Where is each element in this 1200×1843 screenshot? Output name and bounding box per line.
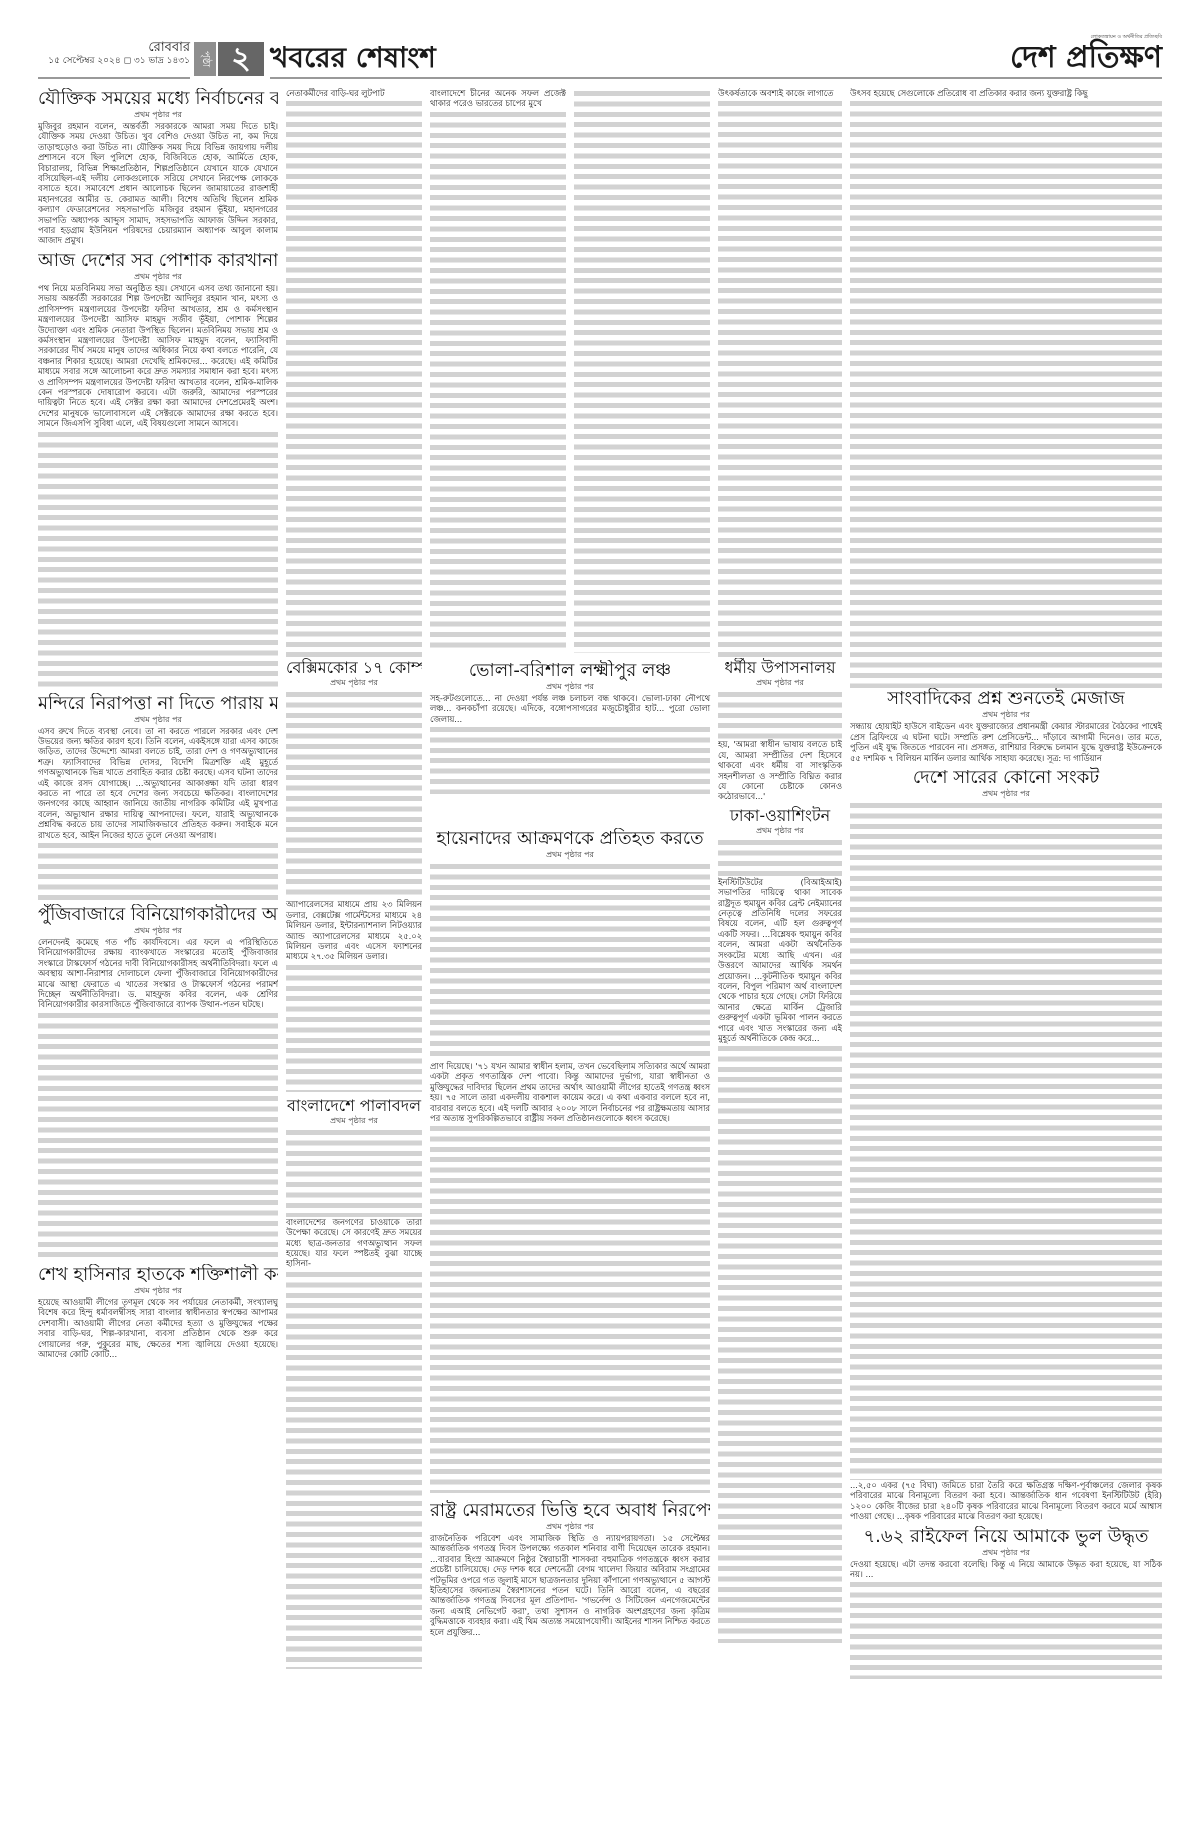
column-4 [574, 88, 710, 653]
story-body: মুজিবুর রহমান বলেন, অন্তর্বর্তী সরকারকে … [38, 121, 278, 246]
masthead: রোববার ১৫ সেপ্টেম্বর ২০২৪ ◻ ৩১ ভাদ্র ১৪৩… [38, 40, 1162, 70]
story-body: ...২,৫০ একর (৭৫ বিঘা) জমিতে চারা তৈরি কর… [850, 1480, 1162, 1522]
headline: ভোলা-বরিশাল লক্ষ্মীপুর লঞ্চ [430, 660, 710, 682]
story-body: প্রাণ দিয়েছে। '৭১ যখন আমার স্বাধীন হলাম… [430, 1061, 710, 1123]
column-fragment: বাংলাদেশে চীনের অনেক সফল প্রজেক্ট থাকার … [430, 88, 566, 109]
headline: বাংলাদেশে পালাবদল [286, 1096, 422, 1116]
story-body: অ্যাপারেলসের মাধ্যমে প্রায় ২৩ মিলিয়ন ড… [286, 899, 422, 961]
story-stock-market[interactable]: পুঁজিবাজারে বিনিয়োগকারীদের আস্থা প্রথম … [38, 904, 278, 1260]
story-garment-factories[interactable]: আজ দেশের সব পোশাক কারখানা খোলা প্রথম পৃষ… [38, 250, 278, 689]
jump-line: প্রথম পৃষ্ঠার পর [430, 1522, 710, 1532]
date-block: রোববার ১৫ সেপ্টেম্বর ২০২৪ ◻ ৩১ ভাদ্র ১৪৩… [38, 40, 190, 68]
headline: বেক্সিমকোর ১৭ কোম্পানির [286, 658, 422, 678]
jump-line: প্রথম পৃষ্ঠার পর [286, 1116, 422, 1126]
newspaper-logo: লোকতন্ত্রায়ন ও অর্থনীতির প্রতিচ্ছবি দেশ… [1010, 34, 1162, 74]
jump-line: প্রথম পৃষ্ঠার পর [718, 826, 842, 836]
text-continuation [718, 98, 842, 658]
story-body: হয়েছে আওয়ামী লীগের তৃণমূল থেকে সব পর্য… [38, 1297, 278, 1359]
headline: পুঁজিবাজারে বিনিয়োগকারীদের আস্থা [38, 904, 278, 926]
text-continuation [430, 1123, 710, 1493]
jump-line: প্রথম পৃষ্ঠার পর [38, 926, 278, 936]
jump-line: প্রথম পৃষ্ঠার পর [430, 682, 710, 692]
headline: শেখ হাসিনার হাতকে শক্তিশালী করতে [38, 1264, 278, 1286]
headline: রাষ্ট্র মেরামতের ভিত্তি হবে অবাধ নিরপেক্… [430, 1500, 710, 1522]
story-shrine-security[interactable]: মন্দিরে নিরাপত্তা না দিতে পারায় মাজারে … [38, 693, 278, 900]
story-election[interactable]: যৌক্তিক সময়ের মধ্যে নির্বাচনের ব্যবস্থা… [38, 88, 278, 246]
story-journalist-question[interactable]: সাংবাদিকের প্রশ্ন শুনতেই মেজাজ প্রথম পৃষ… [850, 688, 1162, 763]
issue-date: ১৫ সেপ্টেম্বর ২০২৪ ◻ ৩১ ভাদ্র ১৪৩১ [38, 55, 190, 68]
column-fragment: উৎসব হয়েছে সেগুলোকে প্রতিরোধ বা প্রতিকা… [850, 88, 1162, 98]
jump-line: প্রথম পৃষ্ঠার পর [38, 715, 278, 725]
jump-line: প্রথম পৃষ্ঠার পর [850, 1548, 1162, 1558]
page-label: পৃষ্ঠা [194, 42, 216, 76]
headline: যৌক্তিক সময়ের মধ্যে নির্বাচনের ব্যবস্থা [38, 88, 278, 110]
text-continuation [574, 88, 710, 653]
jump-line: প্রথম পৃষ্ঠার পর [38, 272, 278, 282]
text-continuation [718, 1043, 842, 1643]
column-5: উৎকর্ষতাকে অবশ্যই কাজে লাগাতে ধর্মীয় উপ… [718, 88, 842, 1833]
story-religious-places[interactable]: ধর্মীয় উপাসনালয় প্রথম পৃষ্ঠার পর হয়, … [718, 658, 842, 801]
story-fertilizer[interactable]: দেশে সারের কোনো সংকট প্রথম পৃষ্ঠার পর ..… [850, 767, 1162, 1522]
column-6: উৎসব হয়েছে সেগুলোকে প্রতিরোধ বা প্রতিকা… [850, 88, 1162, 1833]
headline: আজ দেশের সব পোশাক কারখানা খোলা [38, 250, 278, 272]
story-state-repair[interactable]: রাষ্ট্র মেরামতের ভিত্তি হবে অবাধ নিরপেক্… [430, 1500, 710, 1637]
headline: ঢাকা-ওয়াশিংটন [718, 806, 842, 826]
jump-line: প্রথম পৃষ্ঠার পর [430, 850, 710, 860]
text-continuation [430, 861, 710, 1061]
headline: দেশে সারের কোনো সংকট [850, 767, 1162, 789]
story-body: সন্ধ্যায় হোয়াইট হাউসে বাইডেন এবং যুক্ত… [850, 721, 1162, 763]
column-2: নেতাকর্মীদের বাড়ি-ঘর লুটপাট বেক্সিমকোর … [286, 88, 422, 1833]
text-continuation [38, 1010, 278, 1260]
story-sheikh-hasina[interactable]: শেখ হাসিনার হাতকে শক্তিশালী করতে প্রথম প… [38, 1264, 278, 1359]
story-body: রাজনৈতিক পরিবেশ এবং সামাজিক স্থিতি ও ন্য… [430, 1533, 710, 1637]
text-continuation [38, 840, 278, 900]
column-1: যৌক্তিক সময়ের মধ্যে নির্বাচনের ব্যবস্থা… [38, 88, 278, 1833]
story-body: এসব রুখে দিতে ব্যবস্থা নেবে। তা না করতে … [38, 726, 278, 840]
headline: সাংবাদিকের প্রশ্ন শুনতেই মেজাজ [850, 688, 1162, 710]
jump-line: প্রথম পৃষ্ঠার পর [718, 678, 842, 688]
text-continuation [430, 109, 566, 653]
story-dhaka-washington[interactable]: ঢাকা-ওয়াশিংটন প্রথম পৃষ্ঠার পর ইনস্টিটি… [718, 806, 842, 1644]
header-rule-left [38, 77, 190, 79]
text-continuation [286, 98, 422, 658]
story-rifle-quote[interactable]: ৭.৬২ রাইফেল নিয়ে আমাকে ভুল উদ্ধৃত প্রথম… [850, 1526, 1162, 1680]
jump-line: প্রথম পৃষ্ঠার পর [38, 110, 278, 120]
page-content: যৌক্তিক সময়ের মধ্যে নির্বাচনের ব্যবস্থা… [38, 88, 1162, 1833]
section-title: খবরের শেষাংশ [270, 40, 436, 76]
story-body: সহ-রুটগুলোতে... না দেওয়া পর্যন্ত লঞ্চ চ… [430, 693, 710, 724]
text-continuation [718, 837, 842, 877]
jump-line: প্রথম পৃষ্ঠার পর [38, 1286, 278, 1296]
text-continuation [850, 1579, 1162, 1679]
story-body: দেওয়া হয়েছে। এটা তদন্ত করবো বলেছি। কিন… [850, 1559, 1162, 1580]
story-body: বাংলাদেশের জনগণের চাওয়াকে তারা উপেক্ষা … [286, 1217, 422, 1269]
story-body: হয়, 'আমরা স্বাধীন ভাষায় বলতে চাই যে, আ… [718, 739, 842, 801]
text-continuation [286, 962, 422, 1092]
story-hyenas[interactable]: হায়েনাদের আক্রমণকে প্রতিহত করতে প্রথম প… [430, 828, 710, 1493]
text-continuation [718, 689, 842, 739]
text-continuation [850, 98, 1162, 688]
headline: ধর্মীয় উপাসনালয় [718, 658, 842, 678]
headline: হায়েনাদের আক্রমণকে প্রতিহত করতে [430, 828, 710, 850]
story-bangladesh-change[interactable]: বাংলাদেশে পালাবদল প্রথম পৃষ্ঠার পর বাংলা… [286, 1096, 422, 1669]
story-body: ইনস্টিটিউটের (বিআইআই) সভাপতির দায়িত্বে … [718, 877, 842, 1044]
jump-line: প্রথম পৃষ্ঠার পর [850, 710, 1162, 720]
jump-line: প্রথম পৃষ্ঠার পর [850, 789, 1162, 799]
issue-day: রোববার [38, 40, 190, 55]
text-continuation [430, 724, 710, 794]
story-body: লেনদেনই কমেছে গত পাঁচ কার্যদিবসে। এর ফলে… [38, 937, 278, 1010]
headline: ৭.৬২ রাইফেল নিয়ে আমাকে ভুল উদ্ধৃত [850, 1526, 1162, 1548]
story-bhola-launch[interactable]: ভোলা-বরিশাল লক্ষ্মীপুর লঞ্চ প্রথম পৃষ্ঠা… [430, 660, 710, 794]
headline: মন্দিরে নিরাপত্তা না দিতে পারায় মাজারে [38, 693, 278, 715]
text-continuation [850, 800, 1162, 1480]
jump-line: প্রথম পৃষ্ঠার পর [286, 678, 422, 688]
text-continuation [286, 1127, 422, 1217]
text-continuation [286, 1269, 422, 1669]
column-3: বাংলাদেশে চীনের অনেক সফল প্রজেক্ট থাকার … [430, 88, 566, 653]
page-number: ২ [218, 42, 264, 76]
brand-name: দেশ প্রতিক্ষণ [1010, 42, 1162, 74]
text-continuation [38, 429, 278, 689]
story-beximco[interactable]: বেক্সিমকোর ১৭ কোম্পানির প্রথম পৃষ্ঠার পর… [286, 658, 422, 1091]
story-body: পথ নিয়ে মতবিনিময় সভা অনুষ্ঠিত হয়। সেখ… [38, 283, 278, 429]
column-fragment: উৎকর্ষতাকে অবশ্যই কাজে লাগাতে [718, 88, 842, 98]
column-fragment: নেতাকর্মীদের বাড়ি-ঘর লুটপাট [286, 88, 422, 98]
text-continuation [286, 689, 422, 899]
header-rule-right [270, 77, 1162, 79]
